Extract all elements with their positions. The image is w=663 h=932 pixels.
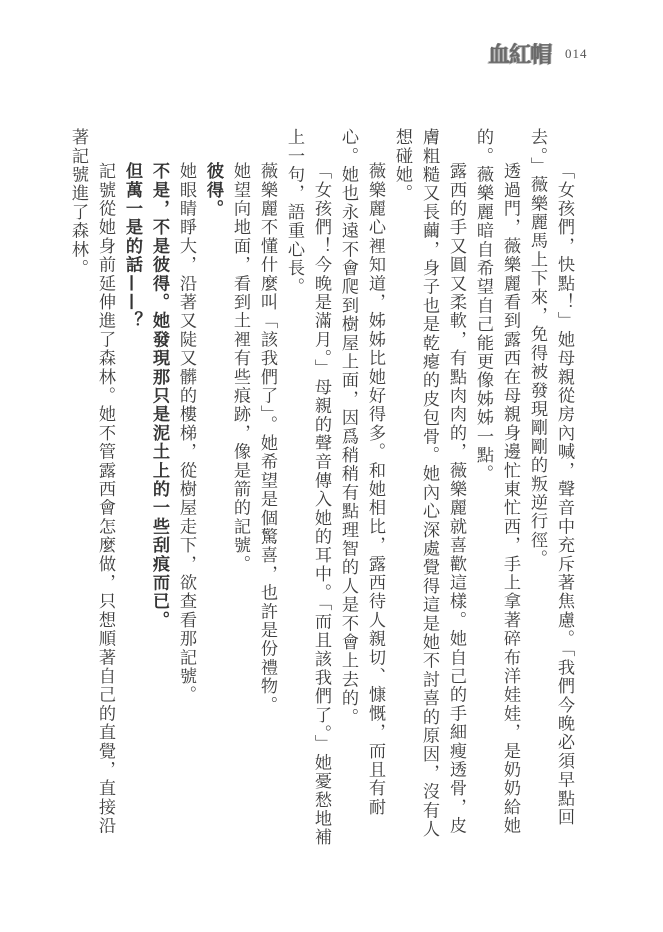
paragraph: 「女孩們！今晚是滿月。」母親的聲音傳入她的耳中。「而且該我們了。」她憂愁地補上一…: [280, 128, 334, 848]
thought-paragraph: 彼得。: [199, 128, 226, 848]
body-text: 「女孩們，快點！」她母親從房內喊，聲音中充斥著焦慮。「我們今晚必須早點回去。」薇…: [67, 128, 577, 848]
paragraph: 薇樂麗不懂什麼叫「該我們了」。她希望是個驚喜，也許是份禮物。: [253, 128, 280, 848]
page-number: 014: [565, 46, 588, 62]
paragraph: 薇樂麗心裡知道，姊姊比她好得多。和她相比，露西待人親切、慷慨，而且有耐心。她也永…: [334, 128, 388, 848]
paragraph: 「女孩們，快點！」她母親從房內喊，聲音中充斥著焦慮。「我們今晚必須早點回去。」薇…: [523, 128, 577, 848]
paragraph: 她眼睛睜大，沿著又陡又髒的樓梯，從樹屋走下，欲查看那記號。: [172, 128, 199, 848]
running-header: 血紅帽 014: [488, 38, 588, 69]
book-title-logo: 血紅帽: [488, 38, 551, 69]
thought-paragraph: 不是，不是彼得。她發現那只是泥土上的一些刮痕而已。: [145, 128, 172, 848]
paragraph: 透過門，薇樂麗看到露西在母親身邊忙東忙西，手上拿著碎布洋娃娃，是奶奶給她的。薇樂…: [469, 128, 523, 848]
thought-paragraph: 但萬一是的話——？: [118, 128, 145, 848]
paragraph: 記號從她身前延伸進了森林。她不管露西會怎麼做，只想順著自己的直覺，直接沿著記號進…: [64, 128, 118, 848]
paragraph: 露西的手又圓又柔軟，有點肉肉的，薇樂麗就喜歡這樣。她自己的手細瘦透骨，皮膚粗糙又…: [388, 128, 469, 848]
paragraph: 她望向地面，看到土裡有些痕跡，像是箭的記號。: [226, 128, 253, 848]
